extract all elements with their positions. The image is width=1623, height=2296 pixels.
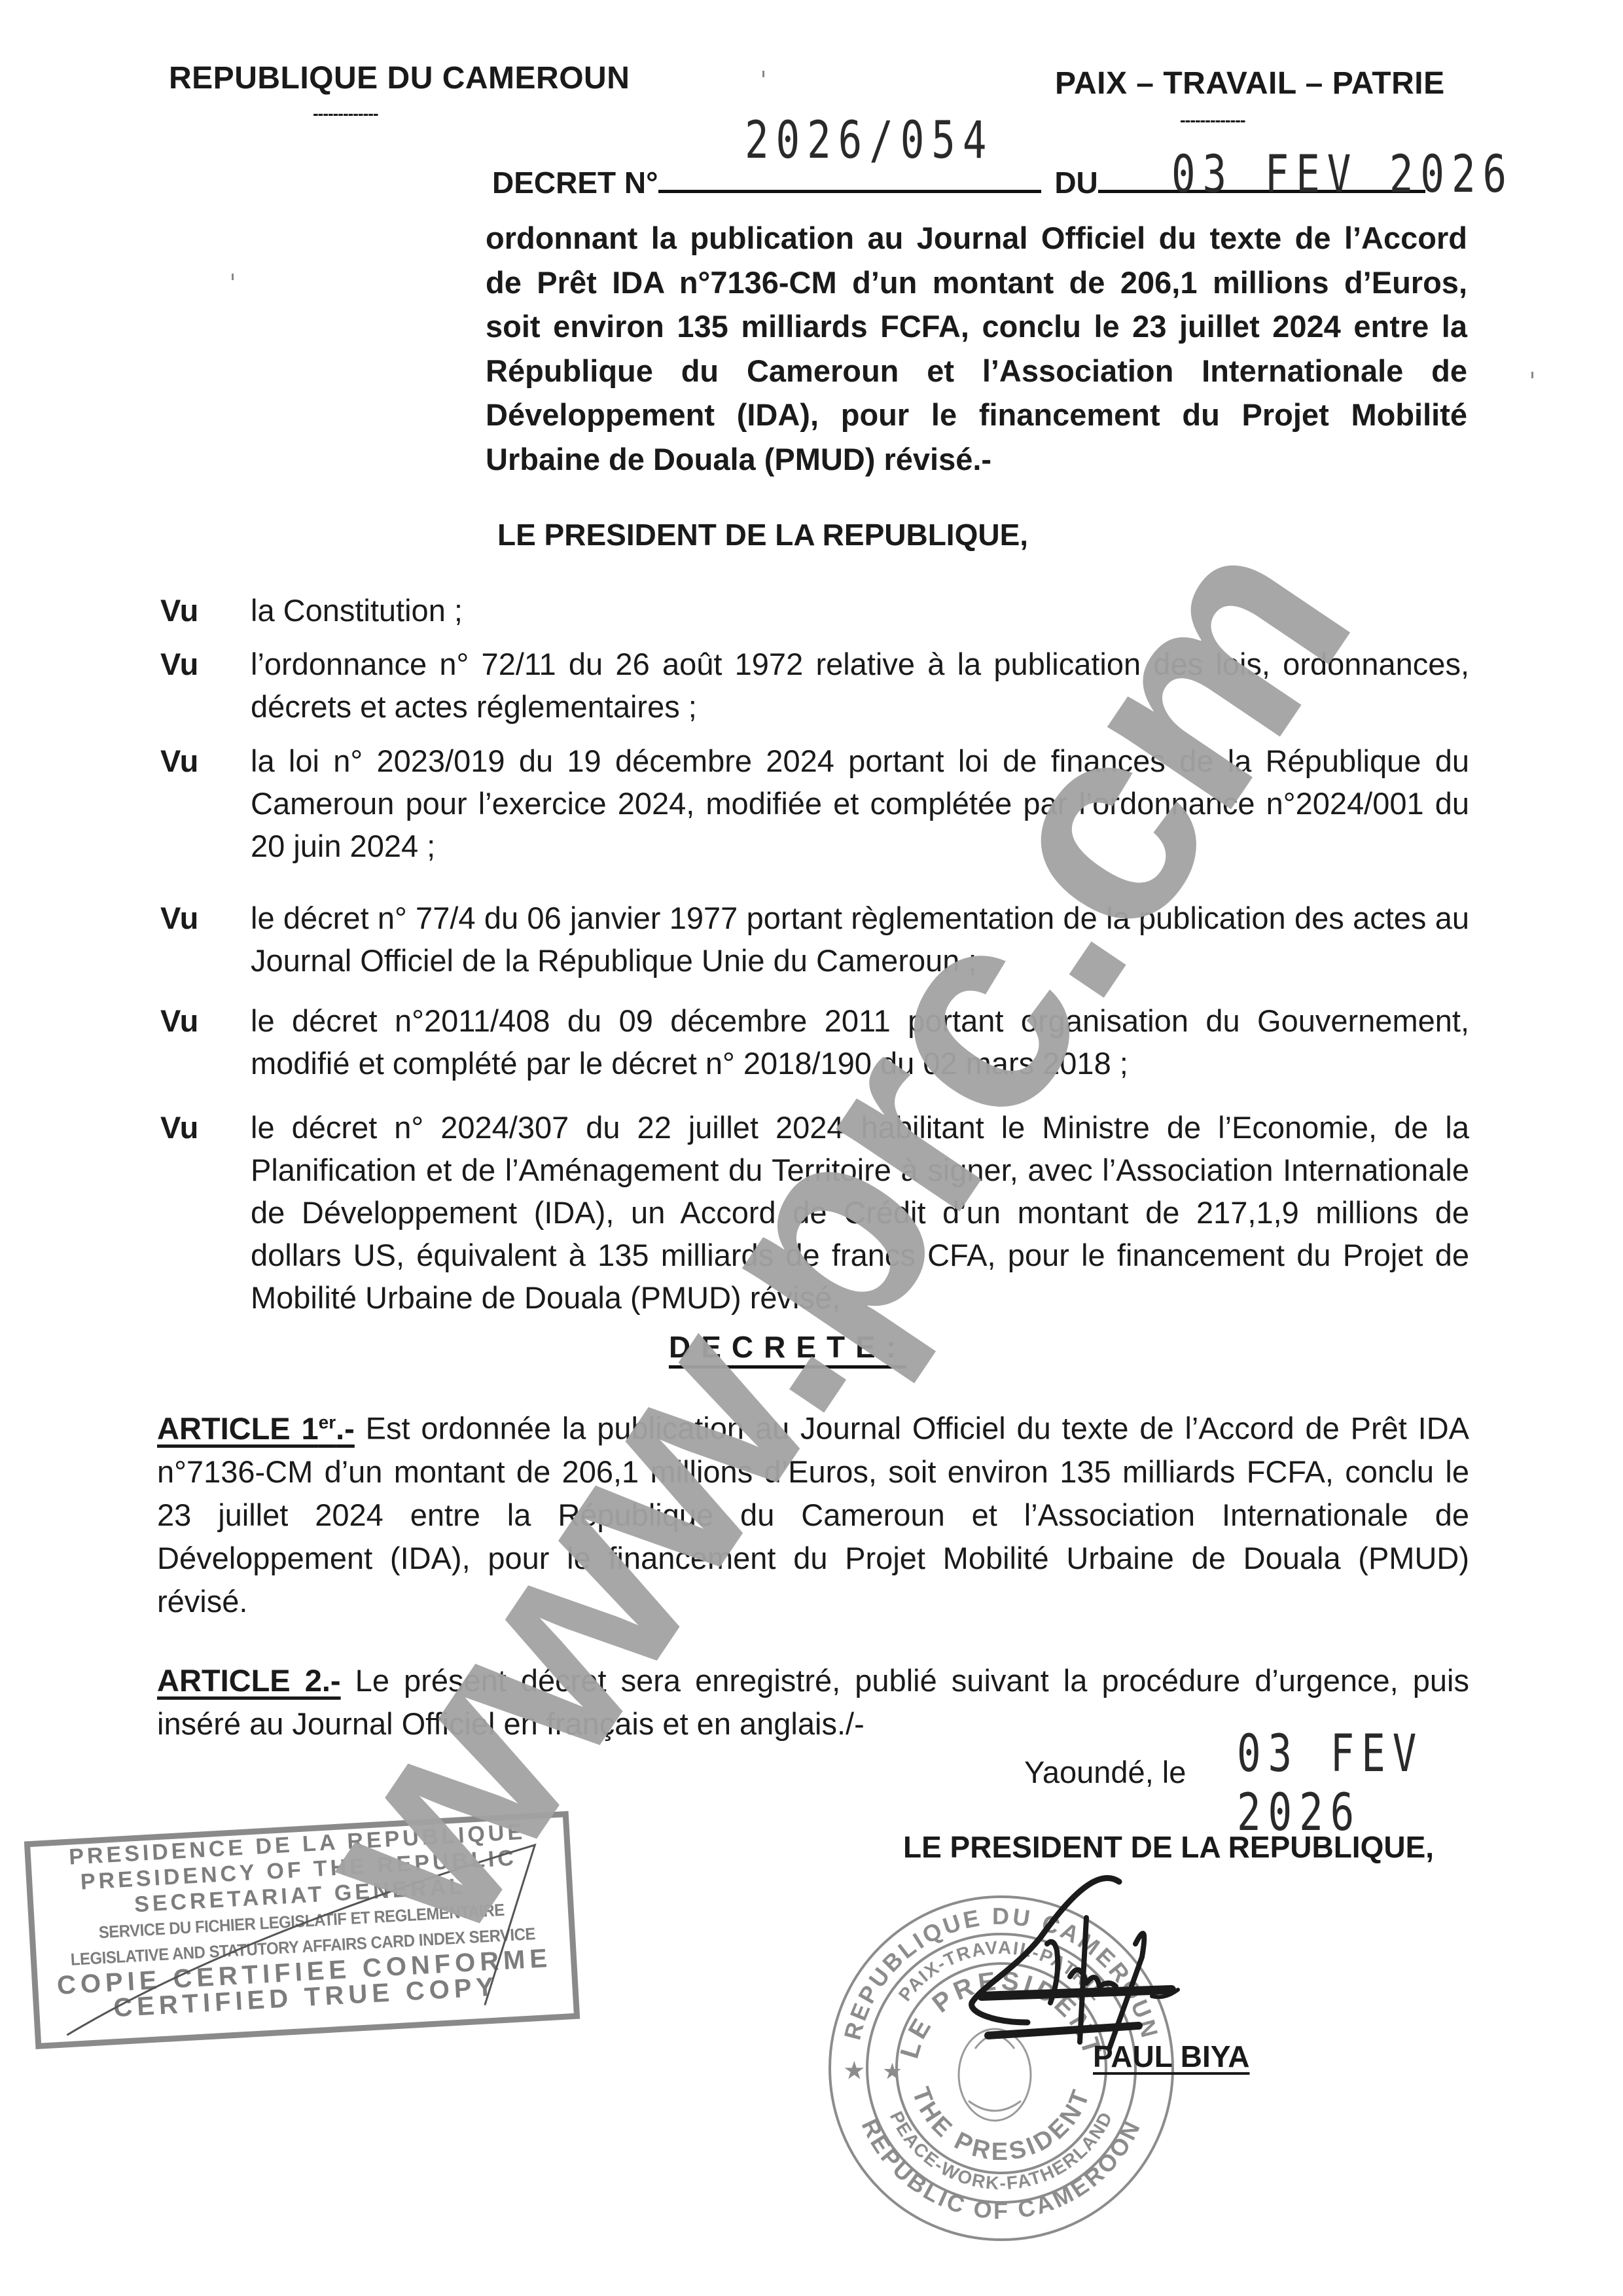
svg-text:★: ★ (883, 2061, 901, 2083)
vu-text: le décret n° 2024/307 du 22 juillet 2024… (251, 1106, 1469, 1319)
country-name: REPUBLIQUE DU CAMEROUN (169, 60, 630, 96)
vu-label: Vu (160, 1106, 251, 1319)
vu-label: Vu (160, 999, 251, 1085)
article-1-label: ARTICLE 1er.- (157, 1411, 355, 1446)
signatory-title: LE PRESIDENT DE LA REPUBLIQUE, (903, 1829, 1434, 1865)
article-1: ARTICLE 1er.- Est ordonnée la publicatio… (157, 1401, 1469, 1623)
du-label: DU (1054, 166, 1097, 200)
article-2-label: ARTICLE 2.- (157, 1663, 341, 1698)
vu-item: Vule décret n°2011/408 du 09 décembre 20… (160, 999, 1469, 1085)
vu-item: Vule décret n° 2024/307 du 22 juillet 20… (160, 1106, 1469, 1319)
scan-speck (232, 274, 234, 280)
vu-text: la loi n° 2023/019 du 19 décembre 2024 p… (251, 740, 1469, 867)
vu-text: le décret n° 77/4 du 06 janvier 1977 por… (251, 897, 1469, 982)
decree-number-stamp: 2026/054 (745, 111, 993, 170)
certified-copy-stamp: PRESIDENCE DE LA REPUBLIQUE PRESIDENCY O… (24, 1811, 580, 2049)
place-and-date-label: Yaoundé, le (1024, 1754, 1186, 1790)
stamp-initials-icon (17, 1810, 591, 2051)
vu-item: Vul’ordonnance n° 72/11 du 26 août 1972 … (160, 643, 1469, 728)
header-right-separator: ------------- (1180, 110, 1245, 130)
decree-date-stamp: 03 FEV 2026 (1171, 145, 1514, 204)
decree-number-underline (658, 164, 1041, 193)
signature-icon (955, 1872, 1230, 2055)
national-motto: PAIX – TRAVAIL – PATRIE (1055, 65, 1445, 101)
signature-date-stamp: 03 FEV 2026 (1237, 1725, 1538, 1842)
scan-speck (1531, 372, 1533, 378)
decree-label: DECRET N° (492, 166, 658, 200)
vu-label: Vu (160, 740, 251, 867)
vu-label: Vu (160, 589, 251, 632)
vu-text: l’ordonnance n° 72/11 du 26 août 1972 re… (251, 643, 1469, 728)
vu-text: la Constitution ; (251, 589, 1469, 632)
svg-text:★: ★ (844, 2058, 864, 2083)
vu-item: Vula Constitution ; (160, 589, 1469, 632)
vu-label: Vu (160, 897, 251, 982)
decrete-heading: DECRETE: (669, 1329, 906, 1369)
vu-item: Vule décret n° 77/4 du 06 janvier 1977 p… (160, 897, 1469, 982)
decree-title: ordonnant la publication au Journal Offi… (486, 216, 1467, 481)
scan-speck (762, 71, 764, 77)
president-heading: LE PRESIDENT DE LA REPUBLIQUE, (497, 517, 1028, 552)
vu-item: Vula loi n° 2023/019 du 19 décembre 2024… (160, 740, 1469, 867)
vu-text: le décret n°2011/408 du 09 décembre 2011… (251, 999, 1469, 1085)
vu-label: Vu (160, 643, 251, 728)
header-left-separator: ------------- (313, 103, 378, 124)
